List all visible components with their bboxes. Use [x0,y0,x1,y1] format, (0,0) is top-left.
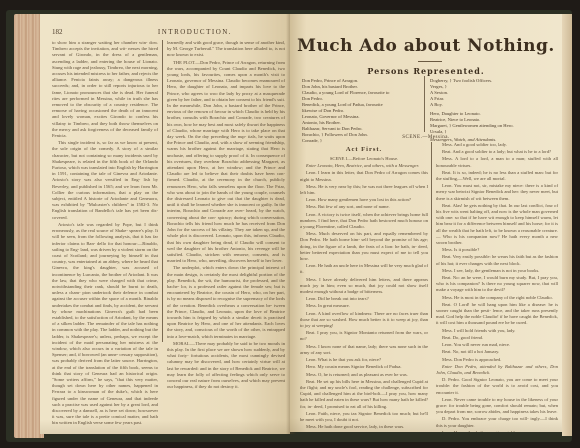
paragraph: The underplot, which enters down the pri… [167,265,285,339]
right-page-column-1: SCENE I.—Before Leonato's House. Enter L… [300,156,428,426]
scene-location: SCENE.—Messina. [290,135,562,140]
dialogue-line: Leon. How many gentlemen have you lost i… [300,197,428,203]
dialogue-line: Mess. I know none of that name, lady; th… [300,344,428,356]
left-page-column-1: to show him a stranger waiting her chamb… [52,40,158,425]
page-edges-right [562,14,572,436]
scene-heading: SCENE I.—Before Leonato's House. [300,156,428,162]
dialogue-line: Mess. He is most in the company of the r… [436,295,558,301]
right-page-column-2: Mess. And a good soldier too, lady. Beat… [436,142,558,426]
dialogue-line: Leon. Never came trouble to my house in … [436,397,558,416]
dialogue-line: Leon. What is he that you ask for, niece… [300,357,428,363]
dialogue-line: Mess. A lord to a lord, a man to a man; … [436,156,558,168]
dialogue-line: Mess. O, he is returned; and as pleasant… [300,372,428,378]
page-shadow [40,420,290,434]
dialogue-line: Beat. I pray you, is Signior Montanto re… [300,330,428,342]
dialogue-line: Beat. No, not till a hot January. [436,349,558,355]
dialogue-line: Mess. And a good soldier too, lady. [436,142,558,148]
cast-divider [424,76,425,132]
dialogue-line: Hero. My cousin means Signior Benedick o… [300,364,428,370]
dialogue-line: Mess. Is it possible? [436,247,558,253]
paragraph: Ariosto's tale was regarded by Pope, but… [52,222,158,427]
title-rule [418,61,442,62]
dialogue-line: Beat. Very easily possible: he wears his… [436,254,558,266]
dialogue-line: Leon. He hath an uncle here in Messina w… [300,263,428,275]
column-divider [431,142,432,318]
dialogue-line: Mess. He is very near by this; he was no… [300,184,428,196]
act-heading: Act First. [300,146,428,153]
cast-list-right: Dogberry, } Two foolish Officers. Verges… [430,78,556,143]
dialogue-line: Beat. Do, good friend. [436,335,558,341]
paragraph: THE PLOT.—Don Pedro, Prince of Arragon, … [167,60,285,265]
play-title: Much Ado about Nothing. [290,36,562,56]
dialogue-line: Mess. Don Pedro is approached. [436,357,558,363]
dialogue-line: Beat. He set up his bills here in Messin… [300,379,428,410]
persons-heading: Persons Represented. [290,66,562,76]
column-divider [162,40,163,342]
left-page: 182 INTRODUCTION. to show him a stranger… [40,14,290,434]
dialogue-line: Beat. It is so, indeed; he is no less th… [436,170,558,182]
dialogue-line: Mess. I see, lady, the gentleman is not … [436,268,558,274]
page-number: 182 [52,28,63,36]
paragraph: MORAL.—There may probably be said to be … [167,341,285,391]
dialogue-line: Leon. Did he break out into tears? [300,296,428,302]
paragraph: learnedly and with good grace, though in… [167,40,285,59]
stage-direction: Enter Leonato, Hero, Beatrice, and other… [300,163,428,169]
dialogue-line: Leon. I learn in this letter, that Don P… [300,170,428,182]
dialogue-line: Beat. O Lord! he will hang upon him like… [436,302,558,327]
dialogue-line: Beat. No: an he were, I would burn my st… [436,275,558,294]
dialogue-line: Mess. In great measure. [300,303,428,309]
dialogue-line: Leon. You will never run mad, niece. [436,342,558,348]
dialogue-line: Leon. A kind overflow of kindness: There… [300,311,428,330]
page-shadow [290,418,562,432]
dialogue-line: Beat. And a good soldier to a lady; but … [436,149,558,155]
dialogue-line: Mess. I have already delivered him lette… [300,277,428,296]
dialogue-line: Mess. But few of any sort, and none of n… [300,204,428,210]
dialogue-line: Mess. Much deserved on his part, and equ… [300,231,428,262]
dialogue-line: Leon. You must not, sir, mistake my niec… [436,183,558,202]
dialogue-line: Beat. Alas! he gets nothing by that. In … [436,203,558,246]
dialogue-line: D. Pedro. Good Signior Leonato, you are … [436,377,558,396]
dialogue-line: Leon. A victory is twice itself, when th… [300,212,428,231]
dialogue-line: Mess. I will hold friends with you, lady… [436,328,558,334]
running-head: INTRODUCTION. [110,28,280,36]
stage-direction: Enter Don Pedro, attended by Balthazar a… [436,364,558,376]
left-page-column-2: learnedly and with good grace, though in… [167,40,285,425]
paragraph: to show him a stranger waiting her chamb… [52,40,158,139]
right-page: Much Ado about Nothing. Persons Represen… [290,14,562,432]
paragraph: This single incident is, so far as we kn… [52,140,158,221]
